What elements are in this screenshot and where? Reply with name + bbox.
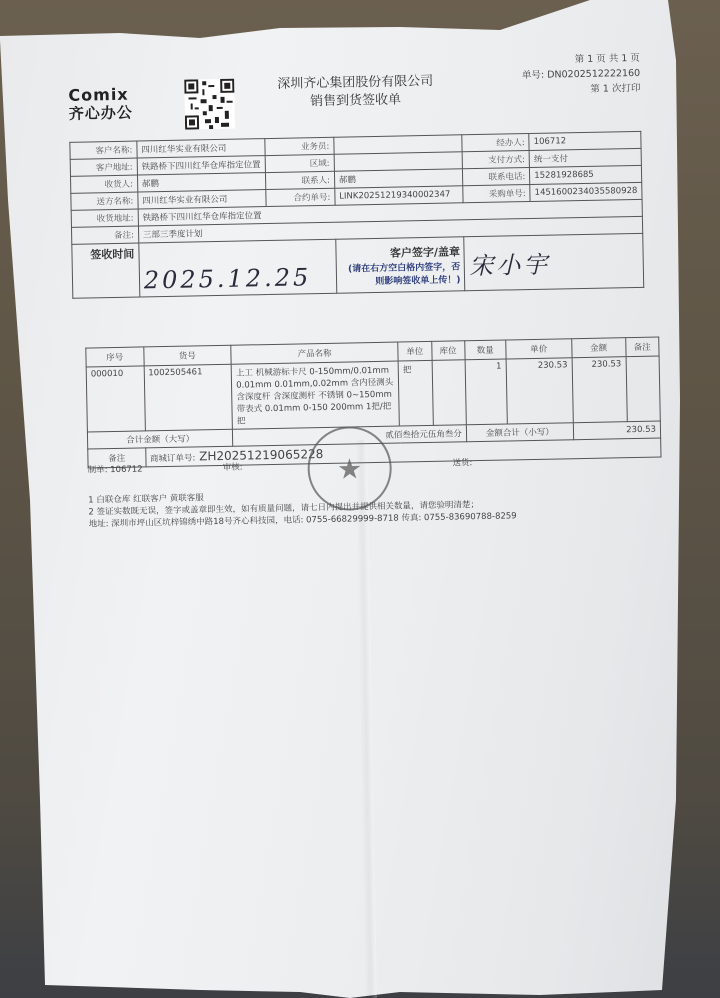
po-no: 1451600234035580928: [530, 182, 642, 201]
ship-to-label: 送方名称:: [71, 192, 138, 210]
column-header: 数量: [465, 340, 506, 360]
receiver-label: 收货人:: [71, 175, 138, 193]
cell-amount: 230.53: [572, 357, 627, 423]
remark-label: 备注:: [71, 226, 138, 244]
phone-label: 联系电话:: [463, 168, 530, 186]
sign-time-label: 签收时间: [72, 243, 140, 298]
comix-logo: Comix 齐心办公: [68, 85, 133, 124]
doc-title: 销售到货签收单: [265, 91, 445, 112]
table-row: 0000101002505461上工 机械游标卡尺 0-150mm/0.01mm…: [86, 356, 660, 432]
cell-location: [432, 360, 467, 426]
company-name: 深圳齐心集团股份有限公司: [265, 73, 445, 94]
cell-price: 230.53: [506, 358, 573, 424]
po-label: 采购单号:: [463, 184, 530, 202]
customer-signature: 宋小宇: [469, 251, 551, 281]
total-small-label: 金额合计（小写）: [466, 423, 573, 442]
total-small: 230.53: [573, 421, 661, 440]
phone: 15281928685: [530, 165, 642, 184]
salesperson-label: 业务员:: [265, 137, 334, 155]
cell-sku: 1002505461: [144, 364, 233, 431]
sign-time: 2025.12.25: [144, 263, 312, 294]
cell-seq: 000010: [86, 366, 145, 432]
cell-name: 上工 机械游标卡尺 0-150mm/0.01mm 0.01mm 0.01mm,0…: [231, 361, 399, 429]
reviewer-label: 审核:: [223, 461, 243, 473]
info-table: 客户名称: 四川红华实业有限公司 业务员: 经办人: 106712 客户地址: …: [69, 131, 644, 299]
brand-cn: 齐心办公: [69, 102, 133, 124]
customer-name-label: 客户名称:: [70, 141, 137, 159]
maker: 制单: 106712: [88, 462, 143, 475]
print-count: 第 1 次打印: [522, 81, 641, 98]
column-header: 单价: [505, 339, 571, 359]
cell-note: [626, 356, 661, 422]
customer-addr-label: 客户地址:: [70, 158, 137, 176]
sign-instruction: (请在右方空白格内签字，否则影响签收单上传！): [340, 259, 460, 287]
doc-no-value: DN0202512222160: [547, 68, 640, 81]
delivery-label: 送货:: [452, 456, 472, 468]
delivery-addr-label: 收货地址:: [71, 209, 138, 227]
handler-label: 经办人:: [462, 134, 529, 152]
column-header: 备注: [625, 337, 659, 357]
column-header: 序号: [86, 347, 144, 367]
contract-label: 合约单号:: [266, 188, 335, 206]
maker-value: 106712: [110, 464, 143, 475]
column-header: 金额: [572, 338, 626, 358]
column-header: 单位: [398, 341, 432, 361]
payment: 统一支付: [529, 148, 641, 167]
maker-label: 制单:: [88, 465, 108, 475]
footer: 制单: 106712 审核: 送货: 1 白联仓库 红联客户 黄联客服 2 签证…: [88, 453, 663, 530]
cell-qty: 1: [465, 359, 507, 425]
column-header: 货号: [143, 345, 231, 366]
handler: 106712: [529, 131, 641, 150]
customer-sign-label: 客户签字/盖章: [340, 243, 460, 261]
payment-label: 支付方式:: [463, 151, 530, 169]
doc-meta: 第 1 页 共 1 页 单号: DN0202512222160 第 1 次打印: [521, 51, 640, 98]
sign-row: 签收时间 2025.12.25 客户签字/盖章 (请在右方空白格内签字，否则影响…: [72, 233, 644, 298]
qr-code-icon: [184, 79, 235, 130]
contact-label: 联系人:: [266, 171, 335, 189]
doc-no-label: 单号:: [522, 70, 544, 81]
cell-unit: 把: [398, 360, 433, 426]
column-header: 库位: [431, 341, 465, 361]
region-label: 区域:: [265, 154, 334, 172]
customer-sign-note: 客户签字/盖章 (请在右方空白格内签字，否则影响签收单上传！): [336, 237, 466, 293]
company-header: 深圳齐心集团股份有限公司 销售到货签收单: [265, 73, 446, 112]
